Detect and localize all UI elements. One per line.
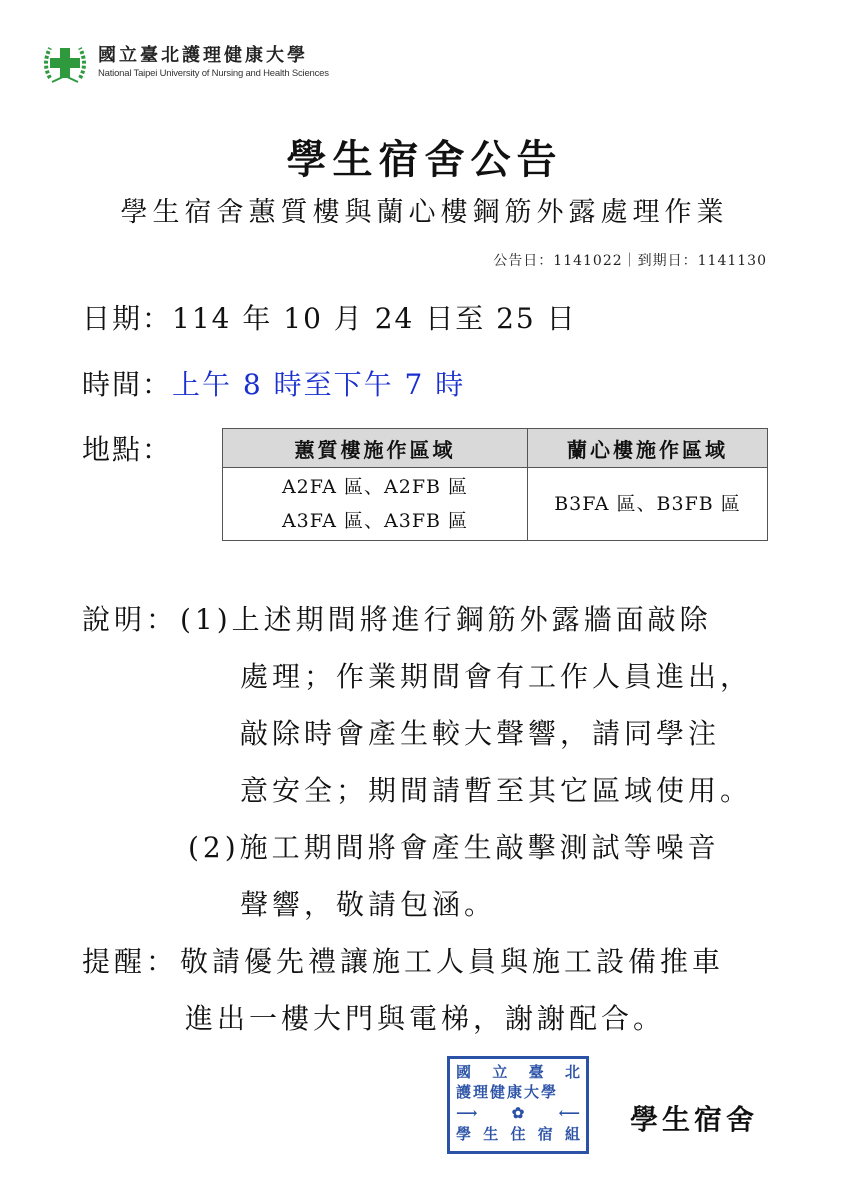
header-huizhi: 蕙質樓施作區域 <box>223 429 528 468</box>
description-item1-line4: 意安全；期間請暫至其它區域使用。 <box>240 776 752 806</box>
university-name-cn: 國立臺北護理健康大學 <box>98 45 329 67</box>
notice-title: 學生宿舍公告 <box>0 128 849 185</box>
plum-blossom-icon: ✿ <box>512 1102 525 1124</box>
signature: 學生宿舍 <box>630 1098 758 1138</box>
reminder-label: 提醒： <box>82 947 178 977</box>
green-cross-laurel-icon <box>40 38 90 88</box>
arrow-left-icon: ⟵ <box>558 1102 580 1124</box>
date-row: 日期：114 年 10 月 24 日至 25 日 <box>82 297 577 337</box>
time-row: 時間：上午 8 時至下午 7 時 <box>82 363 465 403</box>
arrow-right-icon: ⟶ <box>456 1102 478 1124</box>
date-value: 114 年 10 月 24 日至 25 日 <box>172 302 577 335</box>
notice-dates: 公告日：1141022｜到期日：1141130 <box>493 250 767 270</box>
description-item1-line3: 敲除時會產生較大聲響，請同學注 <box>240 719 720 749</box>
huizhi-areas: A2FA 區、A2FB 區 A3FA 區、A3FB 區 <box>223 468 528 541</box>
lanxin-areas: B3FA 區、B3FB 區 <box>528 468 768 541</box>
location-label: 地點： <box>82 433 172 466</box>
location-table: 蕙質樓施作區域 蘭心樓施作區域 A2FA 區、A2FB 區 A3FA 區、A3F… <box>222 428 768 541</box>
description-item2-line1: (2)施工期間將會產生敲擊測試等噪音 <box>188 833 720 863</box>
notice-subtitle: 學生宿舍蕙質樓與蘭心樓鋼筋外露處理作業 <box>0 190 849 229</box>
header-lanxin: 蘭心樓施作區域 <box>528 429 768 468</box>
description-item1-line2: 處理；作業期間會有工作人員進出， <box>240 662 752 692</box>
reminder-line2: 進出一樓大門與電梯，謝謝配合。 <box>185 1004 665 1034</box>
reminder-line1: 敬請優先禮讓施工人員與施工設備推車 <box>180 947 724 977</box>
time-value: 上午 8 時至下午 7 時 <box>172 368 465 401</box>
description-item2-line2: 聲響，敬請包涵。 <box>240 890 496 920</box>
location-row: 地點： <box>82 428 172 468</box>
date-label: 日期： <box>82 302 172 335</box>
university-name-en: National Taipei University of Nursing an… <box>98 67 329 81</box>
official-stamp: 國 立 臺 北 護理健康大學 ⟶ ✿ ⟵ 學 生 住 宿 組 <box>447 1056 589 1154</box>
time-label: 時間： <box>82 368 172 401</box>
university-logo: 國立臺北護理健康大學 National Taipei University of… <box>40 38 329 88</box>
description-label: 說明： <box>82 605 178 635</box>
description-item1-line1: (1)上述期間將進行鋼筋外露牆面敲除 <box>180 605 712 635</box>
